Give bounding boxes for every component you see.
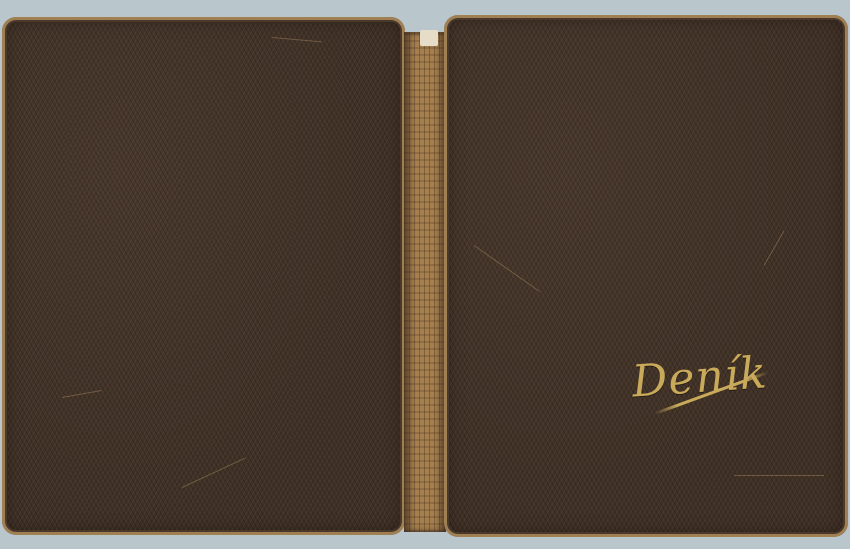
- scuff-mark: [272, 37, 322, 42]
- scuff-mark: [474, 245, 540, 292]
- back-cover: [2, 17, 405, 535]
- scuff-mark: [764, 231, 785, 266]
- page-block-top: [420, 30, 438, 46]
- spine: [404, 32, 446, 532]
- scuff-mark: [734, 475, 824, 476]
- scuff-mark: [62, 390, 102, 398]
- front-cover: [444, 15, 848, 537]
- scuff-mark: [182, 457, 246, 487]
- book-cover-photo: Deník: [0, 0, 850, 549]
